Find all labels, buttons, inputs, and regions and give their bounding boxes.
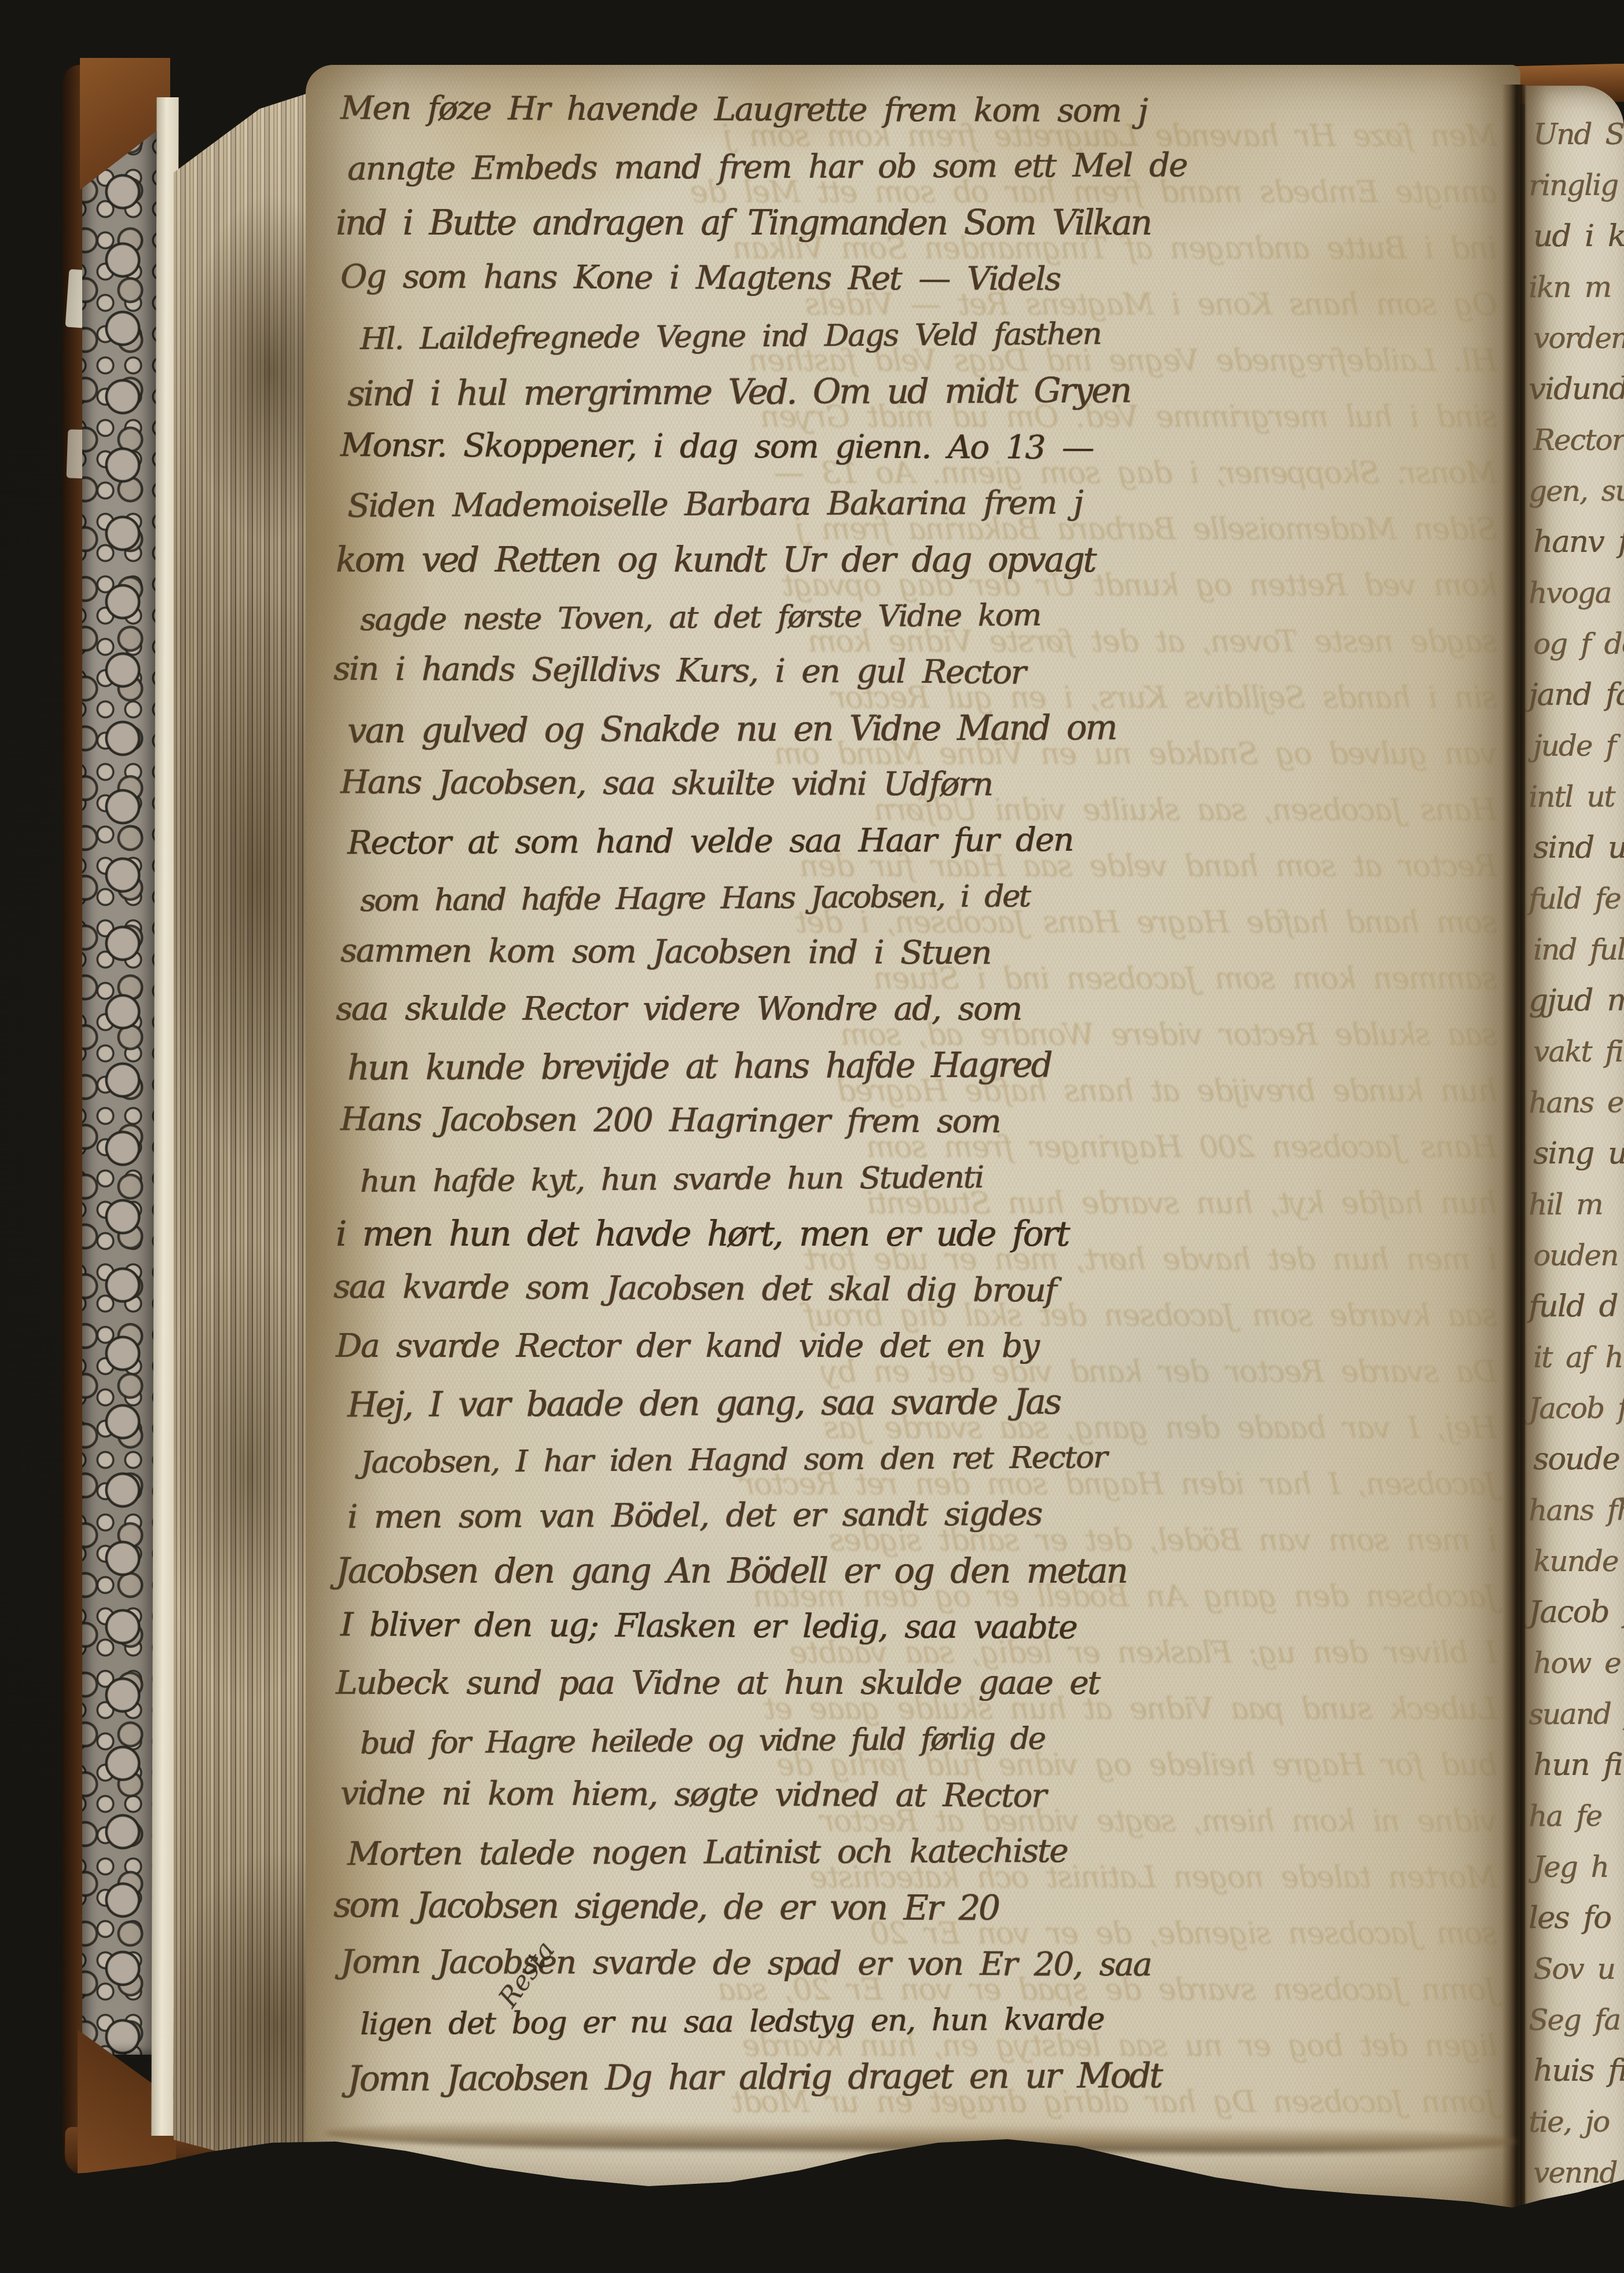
handwritten-line: suand f bbox=[1528, 1689, 1619, 1740]
handwritten-line: ind ful bbox=[1533, 924, 1624, 975]
handwritten-line: intl ut bbox=[1528, 771, 1619, 823]
handwritten-line: Jeg h bbox=[1533, 1842, 1624, 1893]
handwritten-line: og f de bbox=[1533, 618, 1624, 669]
handwritten-line: kom ved Retten og kundt Ur der dag opvag… bbox=[336, 532, 1504, 588]
handwritten-line: Seg fa bbox=[1528, 1994, 1619, 2046]
handwritten-line: sagde neste Toven, at det første Vidne k… bbox=[360, 584, 1520, 648]
handwritten-line: fuld fe bbox=[1528, 873, 1619, 925]
handwritten-line: hans fh bbox=[1528, 1485, 1619, 1536]
handwritten-line: Hans Jacobsen 200 Hagringer frem som bbox=[340, 1091, 1509, 1151]
handwritten-line: hil m bbox=[1528, 1179, 1619, 1231]
handwritten-line: it af h bbox=[1533, 1332, 1624, 1383]
handwritten-line: Jacobsen den gang An Bödell er og den me… bbox=[336, 1543, 1504, 1599]
handwritten-line: sind ur bbox=[1533, 822, 1624, 873]
handwritten-line: jand fa bbox=[1528, 669, 1619, 721]
handwritten-line: kunde bbox=[1533, 1536, 1624, 1587]
handwritten-line: Jacobsen, I har iden Hagnd som den ret R… bbox=[360, 1426, 1520, 1491]
manuscript-page-right: Und Saabringlig fud i kuikn m vvorden ev… bbox=[1525, 86, 1624, 2232]
handwritten-line: how e bbox=[1533, 1638, 1624, 1689]
handwritten-line: Jacob fi bbox=[1528, 1587, 1619, 1638]
handwritten-line: vidne ni kom hiem, søgte vidned at Recto… bbox=[340, 1765, 1509, 1825]
handwritten-line: Sov u bbox=[1533, 1943, 1624, 1994]
handwritten-line: Hl. Laildefregnede Vegne ind Dags Veld f… bbox=[360, 303, 1520, 367]
handwritten-line: Men føze Hr havende Laugrette frem kom s… bbox=[340, 80, 1509, 140]
handwritten-line: hvoga n bbox=[1528, 568, 1619, 619]
handwritten-line: les fo bbox=[1528, 1893, 1619, 1944]
handwritten-line: fuld d bbox=[1528, 1281, 1619, 1333]
handwritten-line: sammen kom som Jacobsen ind i Stuen bbox=[340, 923, 1509, 983]
handwritten-line: soude e bbox=[1533, 1434, 1624, 1485]
handwritten-line: hun hafde kyt, hun svarde hun Studenti bbox=[360, 1145, 1520, 1210]
manuscript-page-left: Men føze Hr havende Laugrette frem kom s… bbox=[306, 65, 1520, 2209]
handwritten-line: ud i ku bbox=[1533, 211, 1624, 262]
handwritten-line: Rector c bbox=[1533, 415, 1624, 466]
handwritten-line: Og som hans Kone i Magtens Ret — Videls bbox=[340, 248, 1509, 309]
handwritten-line: som hand hafde Hagre Hans Jacobsen, i de… bbox=[360, 865, 1520, 929]
handwritten-line: sind i hul mergrimme Ved. Om ud midt Gry… bbox=[347, 361, 1516, 422]
handwritten-line: Lubeck sund paa Vidne at hun skulde gaae… bbox=[336, 1655, 1504, 1711]
handwritten-line: ha fe bbox=[1528, 1791, 1619, 1842]
handwritten-line: sing u bbox=[1533, 1128, 1624, 1179]
handwritten-line: bud for Hagre heilede og vidne fuld førl… bbox=[360, 1707, 1520, 1771]
handwritten-line: saa kvarde som Jacobsen det skal dig bro… bbox=[333, 1259, 1502, 1322]
handwritten-line: vakt fi bbox=[1533, 1026, 1624, 1077]
handwritten-line: i men som van Bödel, det er sandt sigdes bbox=[347, 1484, 1516, 1546]
gutter-shadow bbox=[1502, 85, 1527, 2231]
handwritten-line: Jacob f bbox=[1528, 1383, 1619, 1434]
handwritten-line: Monsr. Skoppener, i dag som gienn. Ao 13… bbox=[340, 417, 1509, 477]
handwritten-line: sin i hands Sejlldivs Kurs, i en gul Rec… bbox=[333, 641, 1502, 704]
handwritten-line: Und Saab bbox=[1533, 109, 1624, 160]
handwritten-line: Hej, I var baade den gang, saa svarde Ja… bbox=[347, 1372, 1516, 1433]
handwritten-line: I bliver den ug; Flasken er ledig, saa v… bbox=[340, 1597, 1509, 1657]
handwritten-line: hun kunde brevijde at hans hafde Hagred bbox=[347, 1035, 1516, 1096]
handwritten-line: som Jacobsen sigende, de er von Er 20 bbox=[333, 1877, 1502, 1939]
handwritten-line: ind i Butte andragen af Tingmanden Som V… bbox=[336, 195, 1504, 251]
handwritten-line: huis fi bbox=[1533, 2045, 1624, 2096]
handwritten-line: vorden e bbox=[1533, 313, 1624, 364]
handwritten-line: tie, jo bbox=[1528, 2096, 1619, 2148]
handwriting-text-sliver: Und Saabringlig fud i kuikn m vvorden ev… bbox=[1525, 86, 1624, 2232]
handwritten-line: hun fi bbox=[1533, 1740, 1624, 1791]
handwritten-line: saa skulde Rector videre Wondre ad, som bbox=[336, 981, 1504, 1037]
handwritten-line: Hans Jacobsen, saa skuilte vidni Udførn bbox=[340, 754, 1509, 814]
handwritten-line: vidund O bbox=[1528, 364, 1619, 415]
handwritten-line: ikn m v bbox=[1528, 262, 1619, 313]
handwriting-text-block: Men føze Hr havende Laugrette frem kom s… bbox=[306, 65, 1520, 2209]
handwritten-line: hanv fo bbox=[1533, 517, 1624, 568]
handwritten-line: ligen det bog er nu saa ledstyg en, hun … bbox=[360, 1988, 1520, 2052]
handwritten-line: Da svarde Rector der kand vide det en by bbox=[336, 1318, 1504, 1374]
marbled-board-cover bbox=[82, 86, 156, 2055]
handwritten-line: van gulved og Snakde nu en Vidne Mand om bbox=[347, 698, 1516, 759]
handwritten-line: anngte Embeds mand frem har ob som ett M… bbox=[347, 136, 1516, 197]
handwritten-line: Siden Mademoiselle Barbara Bakarina frem… bbox=[347, 473, 1516, 535]
handwritten-line: gen, su bbox=[1528, 466, 1619, 517]
handwritten-line: Morten talede nogen Latinist och katechi… bbox=[347, 1821, 1516, 1883]
manuscript-photo-backdrop: Men føze Hr havende Laugrette frem kom s… bbox=[0, 0, 1624, 2273]
handwritten-line: ringlig f bbox=[1528, 160, 1619, 211]
handwritten-line: jude f bbox=[1533, 720, 1624, 771]
handwritten-line: Jomn Jacobsen Dg har aldrig draget en ur… bbox=[347, 2046, 1516, 2107]
handwritten-line: Rector at som hand velde saa Haar fur de… bbox=[347, 810, 1516, 872]
handwritten-line: i men hun det havde hørt, men er ude for… bbox=[336, 1206, 1504, 1262]
handwritten-line: gjud m bbox=[1528, 975, 1619, 1027]
handwritten-line: ouden bbox=[1533, 1230, 1624, 1281]
handwritten-line: hans e bbox=[1528, 1077, 1619, 1129]
